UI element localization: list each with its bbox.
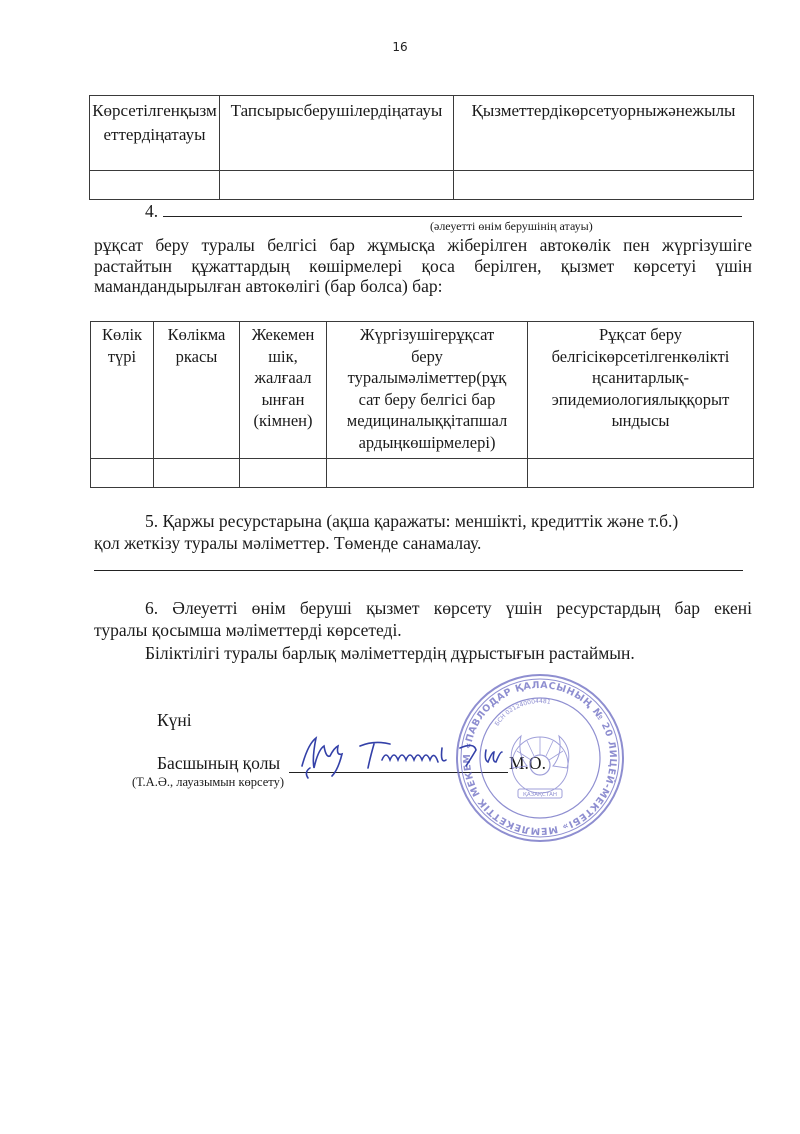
services-table: Көрсетілгенқызметтердіңатауы Тапсырысбер… (89, 95, 754, 200)
header-sanitary-conclusion: Рұқсат беру белгісікөрсетілгенкөлікті ңс… (528, 322, 754, 459)
table-cell[interactable] (91, 459, 154, 488)
supplier-name-caption: (әлеуетті өнім берушінің атауы) (430, 219, 593, 234)
page-number: 16 (0, 40, 800, 54)
header-line: ркасы (156, 346, 237, 368)
header-line: беру (329, 346, 525, 368)
header-line: ынған (242, 389, 324, 411)
table-cell[interactable] (528, 459, 754, 488)
table-cell[interactable] (154, 459, 240, 488)
table-cell[interactable] (240, 459, 327, 488)
handwritten-signature (290, 726, 520, 786)
header-line: белгісікөрсетілгенкөлікті (530, 346, 751, 368)
svg-text:ҚАЗАҚСТАН: ҚАЗАҚСТАН (523, 792, 557, 798)
section6-line-1: 6. Әлеуетті өнім беруші қызмет көрсету ү… (145, 598, 752, 619)
header-line: медициналыққітапшал (329, 410, 525, 432)
table-cell[interactable] (327, 459, 528, 488)
header-line: туралымәліметтер(рұқ (329, 367, 525, 389)
supplier-name-blank[interactable] (163, 216, 742, 217)
header-line: Рұқсат беру (530, 324, 751, 346)
header-vehicle-brand: Көлікма ркасы (154, 322, 240, 459)
header-driver-permit-info: Жүргізушігерұқсат беру туралымәліметтер(… (327, 322, 528, 459)
date-label: Күні (157, 710, 192, 731)
signature-caption: (Т.А.Ә., лауазымын көрсету) (132, 775, 284, 790)
header-service-name: Көрсетілгенқызметтердіңатауы (90, 96, 220, 171)
header-line: шік, (242, 346, 324, 368)
section4-line-3: мамандандырылған автокөлігі (бар болса) … (94, 276, 752, 297)
section4-line-2: растайтын құжаттардың көшірмелері қоса б… (94, 256, 752, 277)
header-line: түрі (93, 346, 151, 368)
table-header-row: Көрсетілгенқызметтердіңатауы Тапсырысбер… (90, 96, 754, 171)
table-row (90, 171, 754, 200)
header-line: (кімнен) (242, 410, 324, 432)
section5-line-2: қол жеткізу туралы мәліметтер. Төменде с… (94, 533, 481, 554)
header-line: жалғаал (242, 367, 324, 389)
header-line: Жекемен (242, 324, 324, 346)
header-line: Жүргізушігерұқсат (329, 324, 525, 346)
vehicles-table: Көлік түрі Көлікма ркасы Жекемен шік, жа… (90, 321, 754, 488)
table-cell[interactable] (220, 171, 454, 200)
table-row (91, 459, 754, 488)
header-line: Көлік (93, 324, 151, 346)
header-line: ындысы (530, 410, 751, 432)
table-header-row: Көлік түрі Көлікма ркасы Жекемен шік, жа… (91, 322, 754, 459)
table-cell[interactable] (454, 171, 754, 200)
section5-line-1: 5. Қаржы ресурстарына (ақша қаражаты: ме… (145, 511, 678, 532)
header-line: Көлікма (156, 324, 237, 346)
header-customer-name: Тапсырысберушілердіңатауы (220, 96, 454, 171)
section6-line-2: туралы қосымша мәліметтерді көрсетеді. (94, 620, 402, 641)
table-cell[interactable] (90, 171, 220, 200)
signature-scribble-icon (290, 726, 520, 786)
header-line: ардыңкөшірмелері) (329, 432, 525, 454)
header-vehicle-type: Көлік түрі (91, 322, 154, 459)
confirmation-text: Біліктілігі туралы барлық мәліметтердің … (145, 643, 635, 664)
section4-number: 4. (145, 201, 158, 222)
header-line: ңсанитарлық- (530, 367, 751, 389)
header-line: эпидемиологиялыққорыт (530, 389, 751, 411)
section4-line-1: рұқсат беру туралы белгісі бар жұмысқа ж… (94, 235, 752, 256)
financial-resources-blank[interactable] (94, 570, 743, 571)
header-line: сат беру белгісі бар (329, 389, 525, 411)
head-signature-label: Басшының қолы (157, 753, 280, 774)
header-place-and-year: Қызметтердікөрсетуорныжәнежылы (454, 96, 754, 171)
header-ownership: Жекемен шік, жалғаал ынған (кімнен) (240, 322, 327, 459)
section4-text: рұқсат беру туралы белгісі бар жұмысқа ж… (94, 235, 752, 297)
